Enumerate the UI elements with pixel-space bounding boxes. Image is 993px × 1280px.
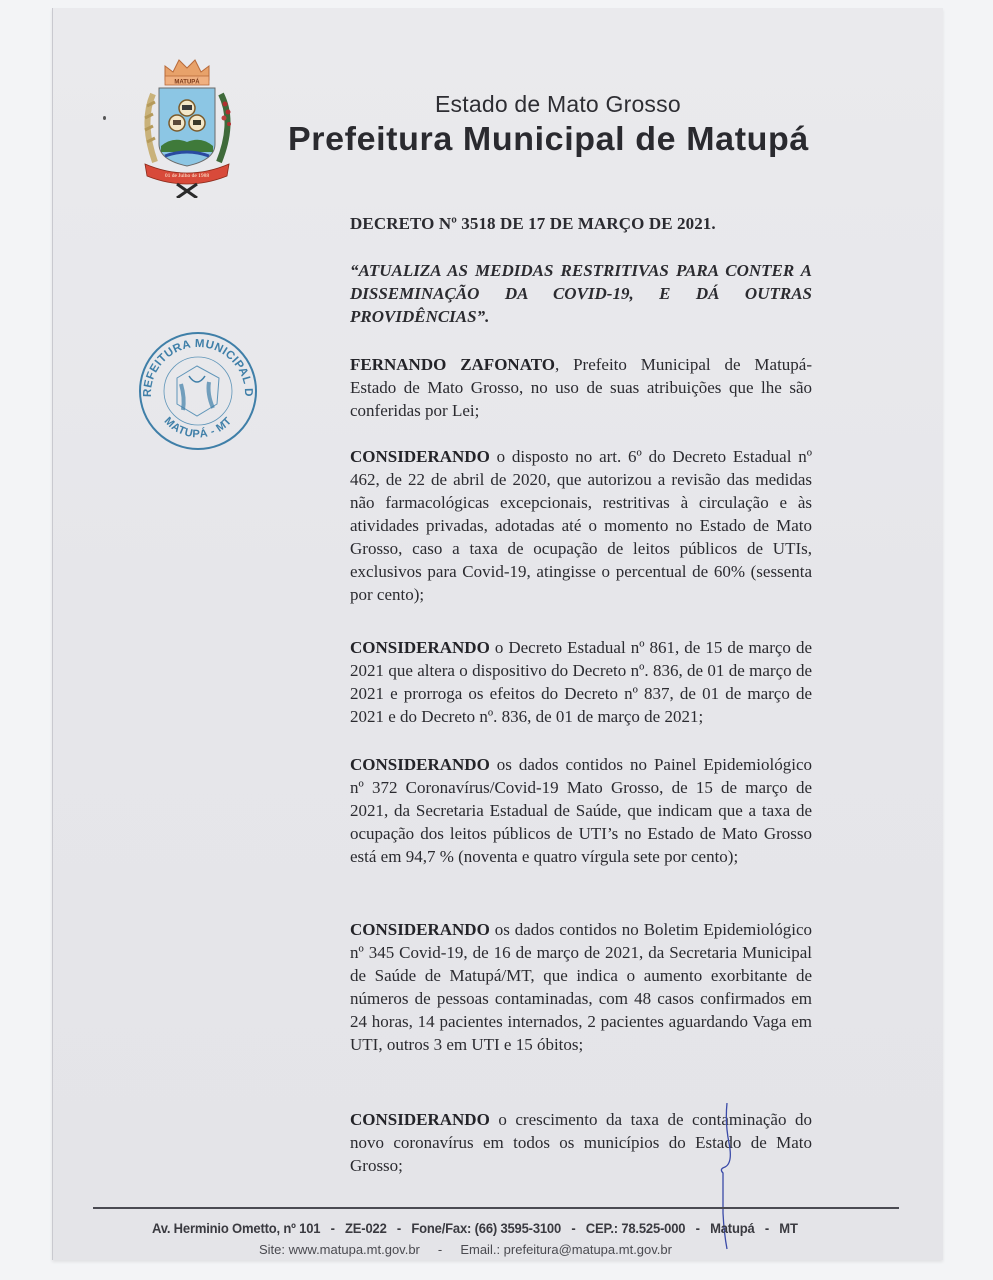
decree-summary: “ATUALIZA AS MEDIDAS RESTRITIVAS PARA CO… <box>350 259 812 328</box>
paragraph-lead: CONSIDERANDO <box>350 920 490 939</box>
svg-text:01 de Julho de 1988: 01 de Julho de 1988 <box>165 173 210 179</box>
paragraph-preamble: FERNANDO ZAFONATO, Prefeito Municipal de… <box>350 353 812 422</box>
paragraph-lead: FERNANDO ZAFONATO <box>350 355 555 374</box>
speck <box>103 116 106 120</box>
paragraph-lead: CONSIDERANDO <box>350 638 490 657</box>
decree-title: DECRETO Nº 3518 DE 17 DE MARÇO DE 2021. <box>350 212 812 235</box>
document-page: MATUPÁ 01 de Julho de 1988 Estado de Mat… <box>52 8 943 1260</box>
header-state: Estado de Mato Grosso <box>435 91 681 118</box>
coat-of-arms-icon: MATUPÁ 01 de Julho de 1988 <box>131 52 243 198</box>
paragraph-lead: CONSIDERANDO <box>350 755 490 774</box>
paragraph-considerando: CONSIDERANDO o crescimento da taxa de co… <box>350 1108 812 1177</box>
paragraph-lead: CONSIDERANDO <box>350 1110 490 1129</box>
paragraph-text: o disposto no art. 6º do Decreto Estadua… <box>350 447 812 604</box>
paragraph-lead: CONSIDERANDO <box>350 447 490 466</box>
paragraph-considerando: CONSIDERANDO o disposto no art. 6º do De… <box>350 445 812 606</box>
svg-text:MATUPÁ: MATUPÁ <box>174 79 200 86</box>
municipal-seal-icon: PREFEITURA MUNICIPAL DE MATUPÁ - MT <box>137 328 259 454</box>
paragraph-considerando: CONSIDERANDO os dados contidos no Boleti… <box>350 918 812 1056</box>
paragraph-text: os dados contidos no Boletim Epidemiológ… <box>350 920 812 1054</box>
header-title: Prefeitura Municipal de Matupá <box>288 120 809 158</box>
footer-address: Av. Herminio Ometto, nº 101 - ZE-022 - F… <box>152 1220 798 1236</box>
paragraph-considerando: CONSIDERANDO o Decreto Estadual nº 861, … <box>350 636 812 728</box>
footer-divider <box>93 1207 899 1209</box>
footer-contact: Site: www.matupa.mt.gov.br - Email.: pre… <box>259 1242 672 1257</box>
svg-text:MATUPÁ - MT: MATUPÁ - MT <box>162 415 235 440</box>
paragraph-considerando: CONSIDERANDO os dados contidos no Painel… <box>350 753 812 868</box>
svg-text:PREFEITURA MUNICIPAL DE: PREFEITURA MUNICIPAL DE <box>137 328 254 397</box>
